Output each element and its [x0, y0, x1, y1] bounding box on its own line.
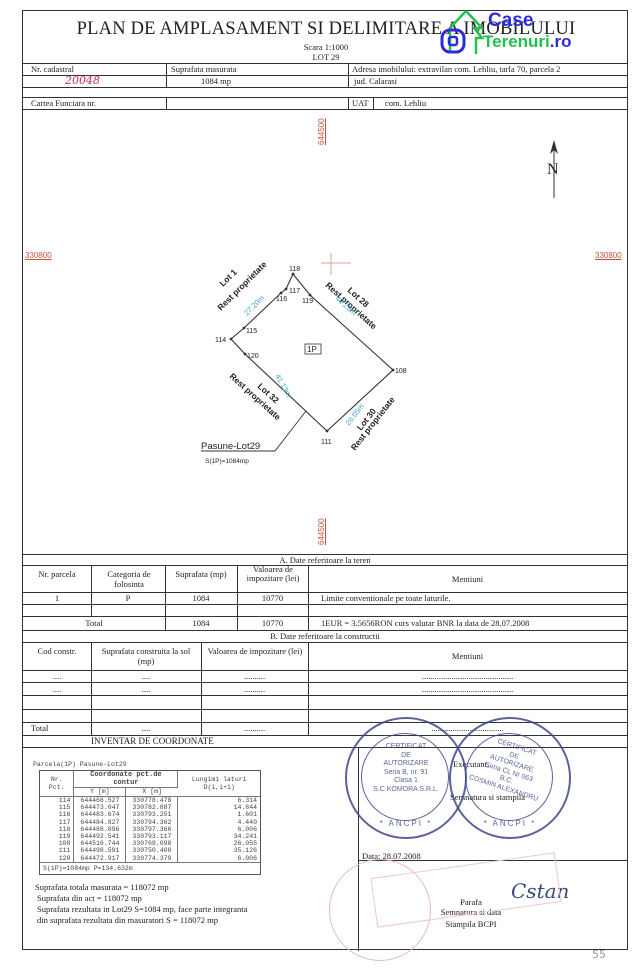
point-number: 120 — [40, 855, 74, 862]
parcel-area: S(1P)=1084mp — [205, 458, 249, 465]
section-a-title: A. Date referitoare la teren — [23, 555, 627, 565]
side-length: 35.126 — [178, 847, 260, 854]
adresa-label: Adresa imobilului: extravilan com. Lehli… — [352, 64, 560, 74]
side-length: 14.844 — [178, 804, 260, 811]
uat-label: UAT — [352, 98, 369, 108]
nr-cadastral-value: 20048 — [65, 74, 100, 87]
side-length: 4.440 — [178, 819, 260, 826]
col-cod-constr: Cod constr. — [23, 646, 91, 656]
coord-y: 644492.541 — [74, 833, 126, 840]
col-mentiuni: Mentiuni — [308, 574, 627, 584]
col-mentiuni-b: Mentiuni — [308, 651, 627, 661]
coord-x: 330794.362 — [126, 819, 178, 826]
north-arrow: N — [544, 138, 564, 198]
col-suprafata: Suprafata (mp) — [175, 569, 227, 579]
row1-mentiuni: Limite conventionale pe toate laturile. — [321, 593, 451, 603]
suprafata-value: 1084 mp — [201, 76, 231, 86]
surface-line-1: Suprafata totala masurata = 118072 mp — [35, 882, 169, 892]
side-length: 6.006 — [178, 855, 260, 862]
col-categoria: Categoria de folosinta — [98, 569, 160, 589]
rowb2-valoare: .......... — [201, 684, 308, 694]
coordinate-row: 108644516.744330769.09826.055 — [40, 840, 260, 847]
row1-nr: 1 — [23, 593, 91, 603]
stamp1-l2: DE — [347, 752, 465, 761]
north-label: N — [547, 161, 559, 179]
coord-x: 330797.366 — [126, 826, 178, 833]
point-number: 111 — [40, 847, 74, 854]
point-number: 117 — [40, 819, 74, 826]
svg-text:108: 108 — [395, 368, 407, 375]
coordinate-row: 119644492.541330793.11734.241 — [40, 833, 260, 840]
side-length: 1.601 — [178, 811, 260, 818]
logo-ro-suffix: .ro — [550, 32, 572, 51]
svg-text:119: 119 — [302, 298, 313, 305]
stamp1-l1: CERTIFICAT — [347, 743, 465, 752]
point-number: 108 — [40, 840, 74, 847]
coordinate-row: 120644472.917330774.3796.006 — [40, 855, 260, 862]
coordinates-table: Nr. Pct. Coordonate pct.de contur Lungim… — [39, 770, 261, 875]
stamp-cosmin: CERTIFICAT DE AUTORIZARE Seria CL Nr 063… — [449, 717, 571, 839]
row1-valoare: 10770 — [237, 593, 308, 603]
coord-col-nr: Nr. Pct. — [40, 771, 74, 797]
stamp2-bottom: * ANCPI * — [451, 819, 569, 828]
point-number: 114 — [40, 797, 74, 805]
coord-y: 644468.527 — [74, 797, 126, 805]
rowb1-cod: .... — [23, 671, 91, 681]
coord-col-len: Lungimi laturi D(i,i+1) — [178, 771, 260, 797]
stamp1-bottom: * ANCPI * — [347, 819, 465, 828]
coord-col-x: X [m] — [126, 788, 178, 797]
coordinate-row: 114644468.527330778.4786.314 — [40, 797, 260, 805]
coord-y: 644473.047 — [74, 804, 126, 811]
total-b-valoare: .......... — [201, 723, 308, 733]
coord-y: 644484.827 — [74, 819, 126, 826]
rowb1-valoare: .......... — [201, 671, 308, 681]
col-suprafata-construita: Suprafata construita la sol (mp) — [93, 646, 199, 666]
rowb1-mentiuni: ........................................… — [308, 671, 627, 681]
coord-x: 330774.379 — [126, 855, 178, 862]
total-b-label: Total — [31, 723, 48, 733]
total-a-valoare: 10770 — [237, 618, 308, 628]
side-length: 34.241 — [178, 833, 260, 840]
point-number: 115 — [40, 804, 74, 811]
coord-x: 330782.887 — [126, 804, 178, 811]
coord-col-y: Y [m] — [74, 788, 126, 797]
rowb2-mentiuni: ........................................… — [308, 684, 627, 694]
total-a-label: Total — [23, 618, 165, 628]
coord-x: 330769.098 — [126, 840, 178, 847]
grid-label-left: 330800 — [25, 251, 52, 260]
svg-text:114: 114 — [215, 337, 226, 344]
svg-text:116: 116 — [276, 296, 287, 303]
parcel-plan: 118 117 116 119 115 114 120 108 111 1P R… — [181, 241, 441, 471]
coordinate-row: 111644498.591330750.40835.126 — [40, 847, 260, 854]
coord-y: 644498.591 — [74, 847, 126, 854]
judet-value: jud. Calarasi — [354, 76, 397, 86]
coordinate-row: 117644484.827330794.3624.440 — [40, 819, 260, 826]
svg-text:120: 120 — [247, 353, 259, 360]
grid-label-top: 644500 — [317, 118, 326, 145]
svg-text:115: 115 — [246, 328, 257, 335]
col-nr-parcela: Nr. parcela — [23, 569, 91, 579]
side-length: 26.055 — [178, 840, 260, 847]
total-a-mentiuni: 1EUR = 3.5656RON curs valutar BNR la dat… — [321, 618, 529, 628]
coordinate-row: 118644488.096330797.3666.006 — [40, 826, 260, 833]
total-a-suprafata: 1084 — [165, 618, 237, 628]
rowb2-suprafata: .... — [91, 684, 201, 694]
coordinate-row: 115644473.047330782.88714.844 — [40, 804, 260, 811]
logo-case-text: Case — [488, 10, 533, 32]
document-page: PLAN DE AMPLASAMENT SI DELIMITARE A IMOB… — [22, 10, 628, 950]
carte-funciara-label: Cartea Funciara nr. — [31, 98, 96, 108]
coord-footer: S(1P)=1084mp P=134.632m — [40, 862, 260, 874]
coord-x: 330750.408 — [126, 847, 178, 854]
logo-terenuri-word: Terenuri — [483, 32, 550, 51]
side-length: 6.314 — [178, 797, 260, 805]
coord-y: 644488.096 — [74, 826, 126, 833]
uat-value: com. Lehliu — [385, 98, 426, 108]
total-b-suprafata: .... — [91, 723, 201, 733]
section-b-title: B. Date referitoare la constructii — [23, 631, 627, 641]
svg-text:118: 118 — [289, 266, 300, 273]
point-number: 119 — [40, 833, 74, 840]
stamp1-l6: S.C KOMORA S.R.L. — [347, 786, 465, 795]
side-length: 6.006 — [178, 826, 260, 833]
coord-x: 330778.478 — [126, 797, 178, 805]
coord-col-coord: Coordonate pct.de contur — [74, 771, 178, 788]
coord-y: 644472.917 — [74, 855, 126, 862]
page-mark: 55 — [592, 948, 606, 961]
neighbor-lot1-length: 27.20m — [242, 293, 266, 317]
col-valoarea: Valoarea de impozitare (lei) — [238, 565, 308, 582]
coord-y: 644483.674 — [74, 811, 126, 818]
coord-x: 330793.117 — [126, 833, 178, 840]
grid-label-right: 330800 — [595, 251, 622, 260]
parcel-id-label: 1P — [307, 345, 317, 354]
parcel-name: Pasune-Lot29 — [201, 441, 260, 452]
watermark-logo: Case Terenuri.ro — [436, 8, 616, 58]
surface-line-2: Suprafata din act = 118072 mp — [37, 893, 142, 903]
row1-categoria: P — [91, 593, 165, 603]
inventar-parcel-caption: Parcela(1P) Pasune-Lot29 — [33, 761, 127, 768]
surface-line-4: din suprafata rezultata din masuratori S… — [37, 915, 218, 925]
point-number: 116 — [40, 811, 74, 818]
grid-label-bottom: 644500 — [317, 518, 326, 545]
coord-y: 644516.744 — [74, 840, 126, 847]
suprafata-label: Suprafata masurata — [171, 64, 236, 74]
logo-terenuri-text: Terenuri.ro — [483, 32, 572, 52]
inventar-title: INVENTAR DE COORDONATE — [91, 736, 214, 746]
coordinate-row: 116644483.674330793.2511.601 — [40, 811, 260, 818]
row1-suprafata: 1084 — [165, 593, 237, 603]
point-number: 118 — [40, 826, 74, 833]
coord-x: 330793.251 — [126, 811, 178, 818]
stampila-bcpi-label: Stampila BCPI — [421, 919, 521, 929]
rowb2-cod: .... — [23, 684, 91, 694]
svg-text:117: 117 — [289, 288, 300, 295]
surface-line-3: Suprafata rezultata in Lot29 S=1084 mp, … — [37, 904, 247, 914]
nr-cadastral-label: Nr. cadastral — [31, 64, 74, 74]
svg-text:111: 111 — [321, 439, 332, 446]
rowb1-suprafata: .... — [91, 671, 201, 681]
col-valoarea-b: Valoarea de impozitare (lei) — [203, 646, 307, 656]
stamp1-l5: Clasa 1 — [347, 777, 465, 786]
